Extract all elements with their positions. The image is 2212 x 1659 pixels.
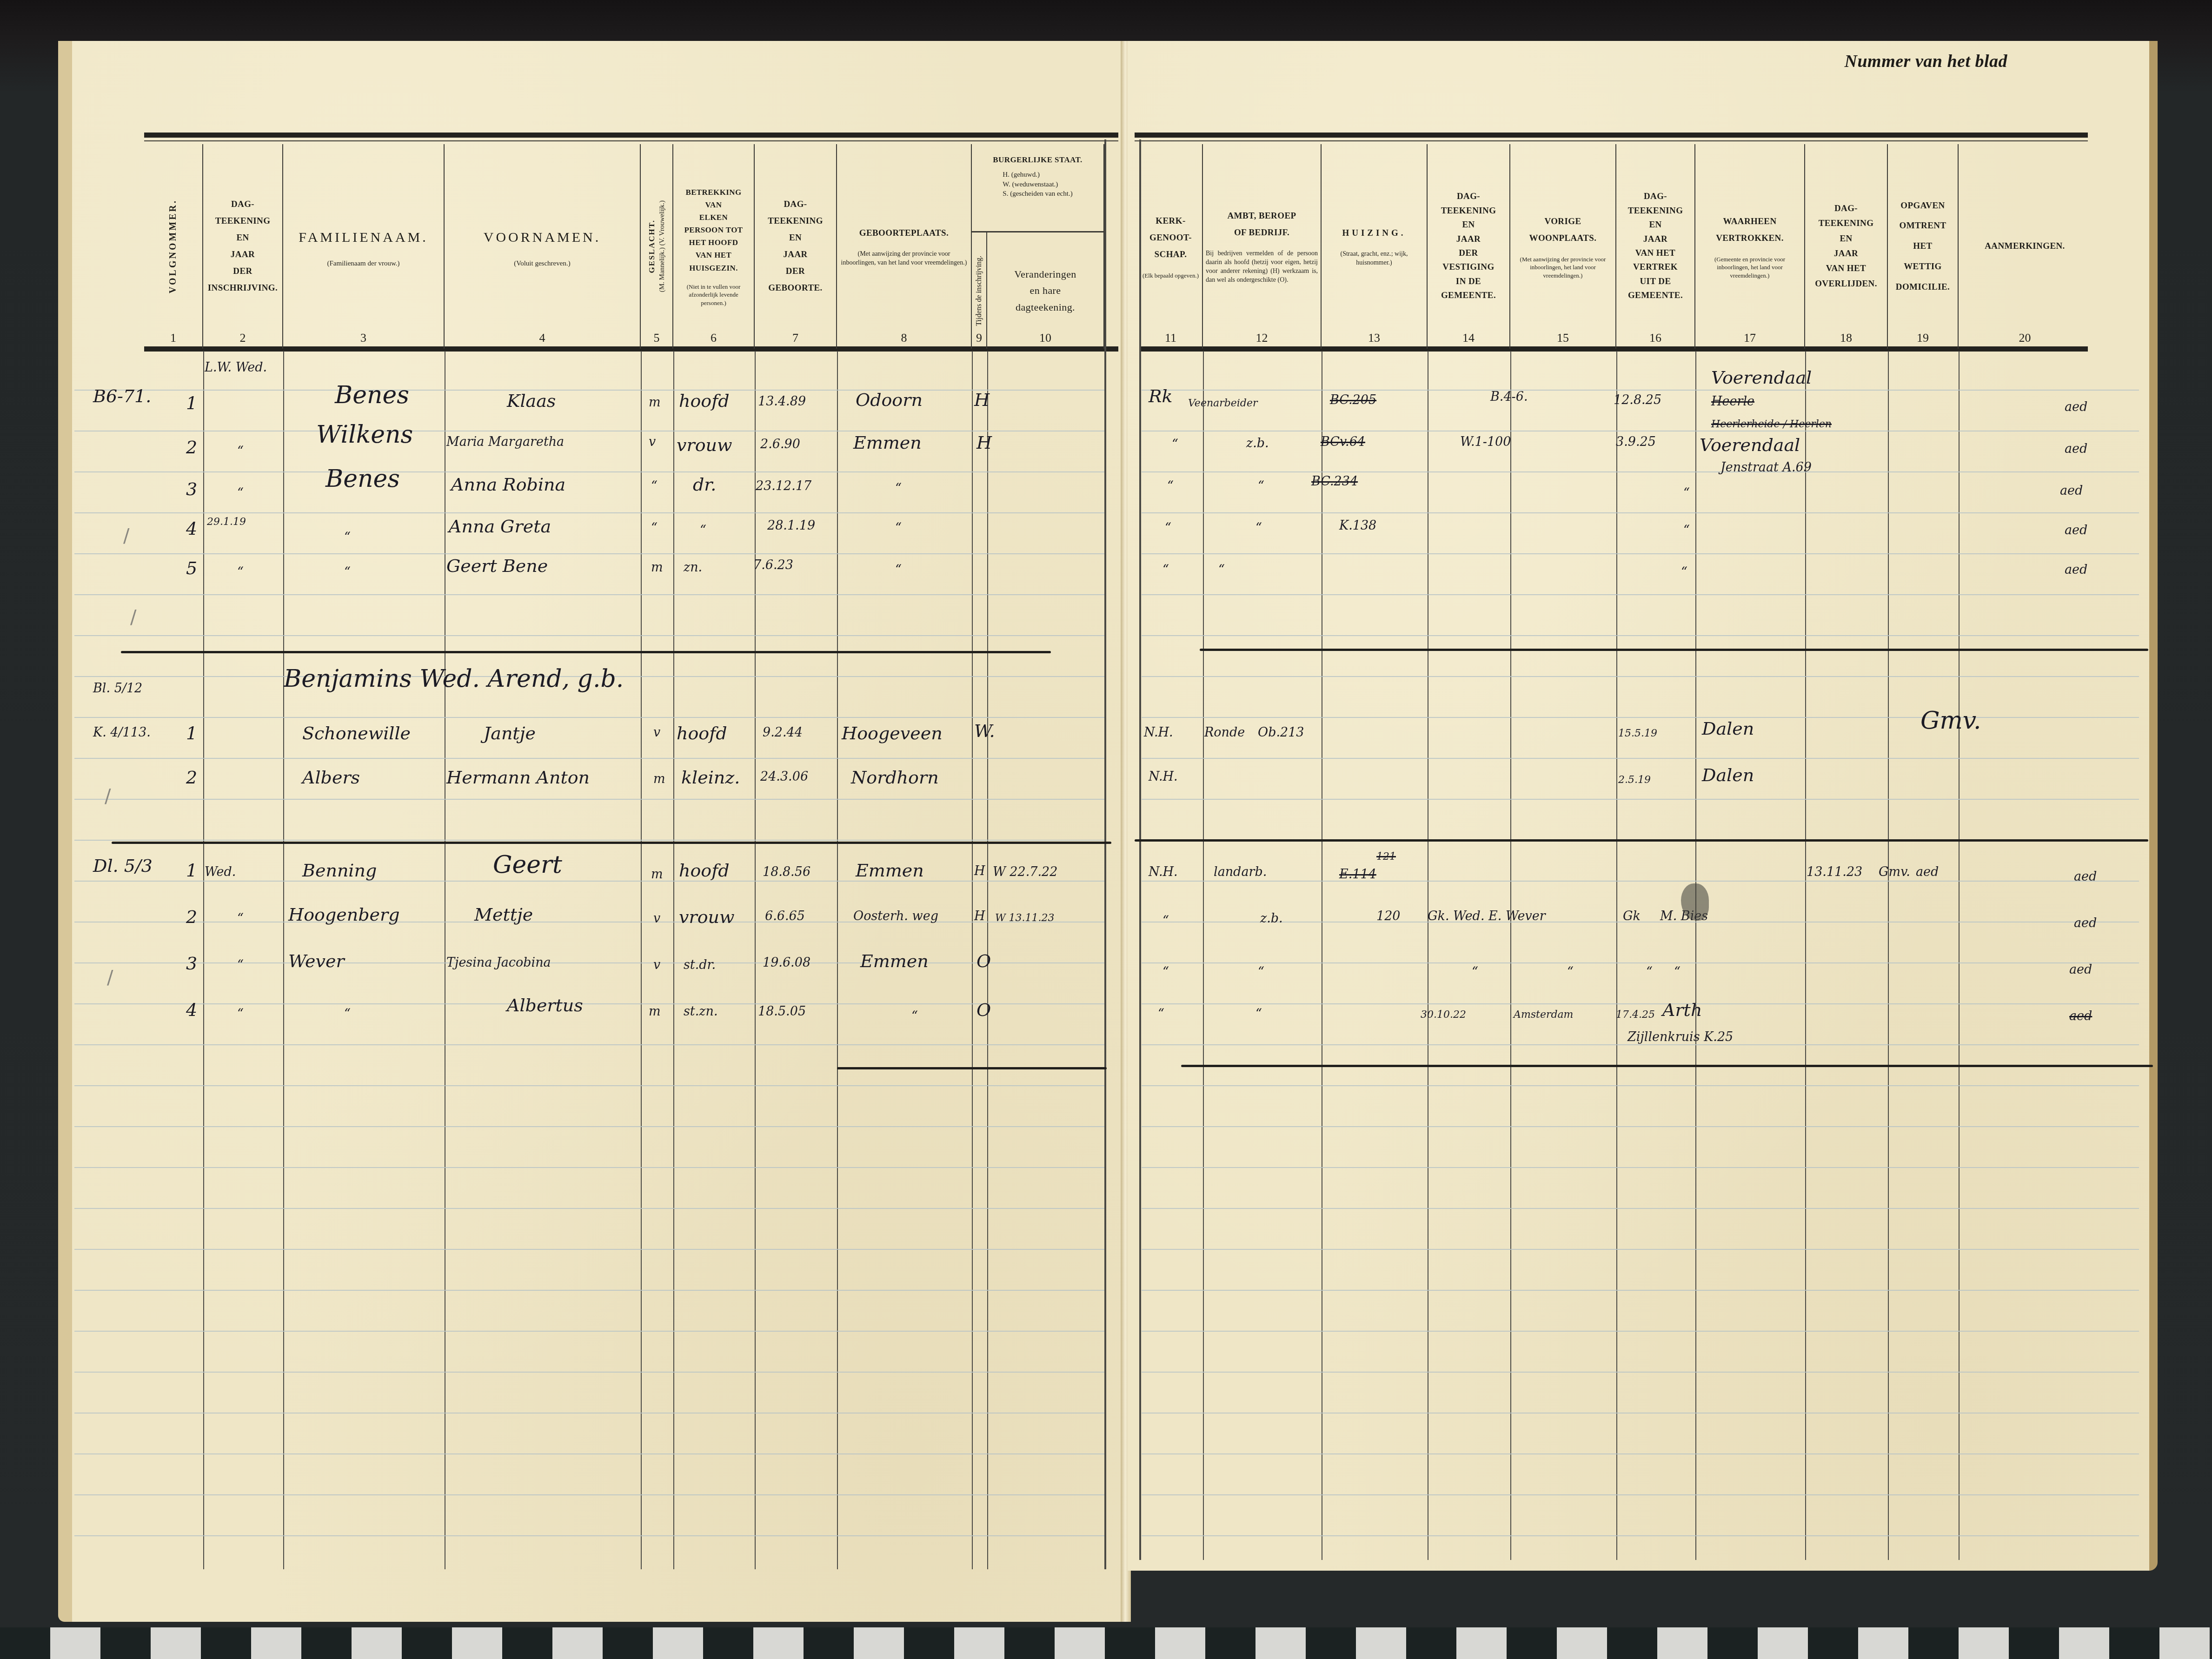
registration-date: Wed. <box>205 865 236 879</box>
remarks: aed <box>2065 400 2087 414</box>
destination: “ <box>1683 523 1690 538</box>
sex: v <box>653 911 660 926</box>
ruled-line <box>1142 1494 2139 1495</box>
given-names: Hermann Anton <box>446 767 590 788</box>
column-title: VOORNAMEN. <box>484 224 601 251</box>
ruled-line <box>1142 799 2139 800</box>
civil-status-title: BURGERLIJKE STAAT. <box>993 153 1082 167</box>
column-number: 3 <box>283 331 444 345</box>
destination: Arth <box>1662 1000 1702 1020</box>
birthplace: Hoogeveen <box>842 723 943 743</box>
settlement-date: B.4-6. <box>1490 390 1528 404</box>
ruled-line <box>74 1453 1104 1454</box>
column-header-1: VOLGNOMMER. 1 <box>144 144 203 349</box>
column-number: 5 <box>641 331 672 345</box>
civil-status: H <box>974 864 985 878</box>
scale-bar-square <box>502 1627 552 1659</box>
scale-bar-square <box>2059 1627 2109 1659</box>
column-header-13: HUIZING. (Straat, gracht, enz.; wijk, hu… <box>1322 144 1428 349</box>
given-names: Mettje <box>474 904 533 925</box>
column-title: DAG- TEEKENING EN JAAR DER GEBOORTE. <box>768 196 823 297</box>
column-number: 12 <box>1203 331 1321 345</box>
domicile-note: Gmv. <box>1879 865 1910 879</box>
column-subtitle: (Gemeente en provincie voor inboorlingen… <box>1695 255 1804 280</box>
religion: “ <box>1158 1007 1164 1021</box>
given-names: Maria Margaretha <box>446 435 564 449</box>
remarks: aed <box>2065 442 2087 456</box>
birthplace: Emmen <box>860 951 929 971</box>
ruled-line <box>74 1003 1104 1004</box>
scale-bar-square <box>50 1627 100 1659</box>
scale-bar-square <box>854 1627 904 1659</box>
scale-bar-square <box>1356 1627 1406 1659</box>
surname: Wever <box>288 951 345 971</box>
entry-number: 2 <box>186 437 197 458</box>
sheet-number-label: Nummer van het blad <box>1845 51 2007 72</box>
entry-number: 1 <box>186 723 197 743</box>
birth-date: 13.4.89 <box>758 394 806 409</box>
scale-bar-square <box>1657 1627 1707 1659</box>
header-top-rule-right <box>1135 133 2088 138</box>
religion: N.H. <box>1149 770 1178 784</box>
birthplace: “ <box>895 481 902 496</box>
household-reference: B6-71. <box>93 386 151 406</box>
destination: Dalen <box>1702 718 1754 739</box>
registration-date: “ <box>237 444 244 458</box>
address-alt: 121 <box>1376 851 1396 863</box>
death-date: 13.11.23 <box>1807 865 1862 879</box>
registration-date: L.W. Wed. <box>205 360 267 375</box>
column-header-6: BETREKKING VAN ELKEN PERSOON TOT HET HOO… <box>673 144 755 349</box>
destination: “ <box>1681 565 1687 579</box>
relation-to-head: st.dr. <box>684 958 716 972</box>
column-subtitle: (Met aanwijzing der provincie voor inboo… <box>837 250 971 268</box>
scale-bar-square <box>1858 1627 1908 1659</box>
scale-bar-square <box>603 1627 653 1659</box>
birth-date: 7.6.23 <box>753 558 793 572</box>
destination-struck: Heerle <box>1711 394 1754 409</box>
scale-bar-square <box>1406 1627 1456 1659</box>
column-number: 14 <box>1428 331 1509 345</box>
household-reference: Bl. 5/12 <box>93 681 142 696</box>
ruled-line <box>1142 431 2139 431</box>
birthplace: “ <box>895 521 902 535</box>
scale-bar-square <box>1758 1627 1808 1659</box>
column-rule <box>1510 351 1511 1560</box>
civil-status: W. <box>974 721 995 741</box>
civil-status: O <box>976 1000 991 1020</box>
given-names: Geert Bene <box>446 556 548 576</box>
sex: v <box>649 435 656 449</box>
sex: v <box>653 725 660 740</box>
column-rule <box>1888 351 1889 1560</box>
scale-bar-square <box>352 1627 402 1659</box>
surname: Schonewille <box>302 723 411 743</box>
sex-legend: (M. Mannelijk.) (V. Vrouwelijk.) <box>658 200 666 292</box>
column-title: DAG- TEEKENING EN JAAR VAN HET VERTREK U… <box>1628 190 1683 303</box>
birth-date: 9.2.44 <box>763 725 803 740</box>
ruled-line <box>1142 1044 2139 1045</box>
ruled-line <box>1142 1003 2139 1004</box>
destination: Voerendaal <box>1711 367 1812 388</box>
scale-bar-square <box>1456 1627 1507 1659</box>
religion: Rk <box>1149 386 1173 406</box>
scale-bar-square <box>1959 1627 2009 1659</box>
column-title: Veranderingen en hare dagteekening. <box>1014 266 1076 315</box>
sex: “ <box>651 521 658 535</box>
civil-status: H <box>976 432 992 453</box>
settlement-date: 30.10.22 <box>1421 1009 1466 1021</box>
given-names: Anna Robina <box>451 474 565 495</box>
column-header-12: AMBT, BEROEP OF BEDRIJF. Bij bedrijven v… <box>1203 144 1322 349</box>
scale-bar-square <box>904 1627 954 1659</box>
scale-bar-square <box>1004 1627 1055 1659</box>
column-rule <box>1203 351 1204 1560</box>
relation-to-head: dr. <box>693 474 716 495</box>
religion: “ <box>1162 965 1169 979</box>
scale-bar-square <box>301 1627 352 1659</box>
birthplace: Emmen <box>853 432 922 453</box>
column-number: 10 <box>987 331 1103 345</box>
scale-bar-square <box>100 1627 151 1659</box>
column-header-8: GEBOORTEPLAATS. (Met aanwijzing der prov… <box>837 144 972 349</box>
scale-bar-square <box>1205 1627 1255 1659</box>
sex: v <box>653 958 660 972</box>
scale-bar-square <box>753 1627 804 1659</box>
scale-bar-square <box>2159 1627 2210 1659</box>
column-rule <box>673 351 674 1569</box>
column-header-3: FAMILIENAAM. (Familienaam der vrouw.) 3 <box>283 144 445 349</box>
entry-number: 5 <box>186 558 197 578</box>
civil-status-group-header: BURGERLIJKE STAAT. H. (gehuwd.) W. (wedu… <box>972 144 1104 232</box>
destination: Dalen <box>1702 765 1754 785</box>
column-title: AMBT, BEROEP OF BEDRIJF. <box>1227 208 1296 241</box>
column-header-14: DAG- TEEKENING EN JAAR DER VESTIGING IN … <box>1428 144 1510 349</box>
occupation: z.b. <box>1260 911 1283 926</box>
column-header-11: KERK- GENOOT- SCHAP. (Elk bepaald opgeve… <box>1139 144 1203 349</box>
given-names: Anna Greta <box>449 516 551 537</box>
previous-residence: “ <box>1567 965 1574 979</box>
scale-bar-square <box>201 1627 251 1659</box>
remarks: aed <box>2074 916 2097 930</box>
destination: Voerendaal <box>1700 435 1800 455</box>
address: BCv.64 <box>1321 435 1365 449</box>
birth-date: 23.12.17 <box>756 479 811 493</box>
column-number: 11 <box>1139 331 1202 345</box>
ruled-line <box>1142 1249 2139 1250</box>
destination: “ <box>1674 965 1681 979</box>
column-title: OPGAVEN OMTRENT HET WETTIG DOMICILIE. <box>1896 196 1950 297</box>
relation-to-head: vrouw <box>679 907 735 927</box>
scale-bar-square <box>1055 1627 1105 1659</box>
ruled-line <box>1142 1290 2139 1291</box>
registration-date: “ <box>237 565 244 579</box>
ruled-line <box>74 390 1104 391</box>
household-heading: Benjamins Wed. Arend, g.b. <box>284 665 624 693</box>
ruled-line <box>74 1249 1104 1250</box>
address: 120 <box>1376 909 1401 923</box>
header-top-thin-rule-right <box>1135 140 2088 141</box>
ruled-line <box>74 1085 1104 1086</box>
remarks: aed <box>2069 1009 2092 1023</box>
household-separator <box>112 842 1111 844</box>
sex: m <box>649 395 661 410</box>
column-header-17: WAARHEEN VERTROKKEN. (Gemeente en provin… <box>1695 144 1805 349</box>
scale-bar-square <box>804 1627 854 1659</box>
scale-bar-square <box>1908 1627 1959 1659</box>
religion: “ <box>1162 914 1169 928</box>
ruled-line <box>74 799 1104 800</box>
scale-bar-square <box>1707 1627 1758 1659</box>
scale-bar-square <box>653 1627 703 1659</box>
departure-date: 2.5.19 <box>1618 774 1651 786</box>
ruled-line <box>74 1208 1104 1209</box>
birth-date: 6.6.65 <box>765 909 805 923</box>
scale-bar-square <box>954 1627 1004 1659</box>
column-number: 19 <box>1888 331 1958 345</box>
ruled-line <box>74 758 1104 759</box>
previous-residence: Amsterdam <box>1514 1009 1573 1021</box>
column-title: FAMILIENAAM. <box>299 224 428 251</box>
relation-to-head: kleinz. <box>681 767 740 788</box>
column-rule <box>1616 351 1617 1560</box>
column-title: HUIZING. <box>1342 225 1406 242</box>
birth-date: 18.8.56 <box>763 865 810 879</box>
surname: “ <box>344 565 351 579</box>
entry-number: 2 <box>186 767 197 788</box>
scale-bar-square <box>1607 1627 1657 1659</box>
birthplace: “ <box>895 563 902 577</box>
column-title: BETREKKING VAN ELKEN PERSOON TOT HET HOO… <box>684 186 743 274</box>
column-title: AANMERKINGEN. <box>1985 238 2065 255</box>
birth-date: 2.6.90 <box>760 437 800 451</box>
scale-bar-square <box>1507 1627 1557 1659</box>
relation-to-head: vrouw <box>677 435 732 455</box>
ruled-line <box>74 840 1104 841</box>
destination-address: Jenstraat A.69 <box>1720 460 1812 475</box>
column-subtitle: (Niet in te vullen voor afzonderlijk lev… <box>673 283 754 307</box>
ruled-line <box>1142 1208 2139 1209</box>
given-names: Geert <box>493 851 562 879</box>
ruled-line <box>1142 635 2139 636</box>
column-header-16: DAG- TEEKENING EN JAAR VAN HET VERTREK U… <box>1616 144 1695 349</box>
column-number: 8 <box>837 331 971 345</box>
sex: “ <box>651 479 658 493</box>
column-number: 4 <box>445 331 640 345</box>
scale-bar-square <box>1155 1627 1205 1659</box>
column-title: Tijdens de inschrijving. <box>975 256 983 326</box>
ruled-line <box>74 431 1104 431</box>
column-rule <box>641 351 642 1569</box>
column-number: 2 <box>203 331 282 345</box>
ruled-line <box>1142 1535 2139 1536</box>
scale-bar-square <box>151 1627 201 1659</box>
entry-number: 3 <box>186 953 197 974</box>
sex: m <box>651 560 663 575</box>
ruled-line <box>74 1167 1104 1168</box>
ruled-line <box>1142 594 2139 595</box>
previous-residence: Gk <box>1623 909 1641 923</box>
ruled-line <box>74 717 1104 718</box>
household-separator <box>1135 839 2148 842</box>
column-subtitle: (Voluit geschreven.) <box>511 259 573 268</box>
given-names: Albertus <box>507 995 583 1015</box>
ruled-line <box>1142 1167 2139 1168</box>
scale-bar-square <box>552 1627 603 1659</box>
column-number: 16 <box>1616 331 1694 345</box>
relation-to-head: st.zn. <box>684 1004 718 1019</box>
occupation: “ <box>1255 521 1262 535</box>
settlement-place: Gk. Wed. E. Wever <box>1428 909 1546 923</box>
scale-bar-square <box>1557 1627 1607 1659</box>
color-scale-bar <box>0 1627 2212 1659</box>
ruled-line <box>1142 962 2139 963</box>
occupation: “ <box>1258 479 1264 493</box>
column-number: 15 <box>1510 331 1615 345</box>
religion: N.H. <box>1144 725 1173 740</box>
civil-status: O <box>976 951 991 971</box>
entry-number: 3 <box>186 479 197 499</box>
column-rule <box>1805 351 1806 1560</box>
departure-date: 3.9.25 <box>1616 435 1656 449</box>
surname: Albers <box>302 767 360 788</box>
column-number: 20 <box>1959 331 2091 345</box>
column-header-18: DAG- TEEKENING EN JAAR VAN HET OVERLIJDE… <box>1805 144 1888 349</box>
domicile-note: Gmv. <box>1920 707 1981 735</box>
household-separator <box>121 651 1051 653</box>
remarks: aed <box>2060 484 2083 498</box>
settlement-date: “ <box>1472 965 1478 979</box>
civil-status: H <box>974 390 990 410</box>
given-names: Jantje <box>484 723 536 743</box>
occupation: Veenarbeider <box>1188 398 1257 409</box>
relation-to-head: hoofd <box>679 391 730 411</box>
birth-date: 19.6.08 <box>763 956 810 970</box>
birth-date: 28.1.19 <box>767 518 815 533</box>
civil-status-change: W 13.11.23 <box>995 912 1055 924</box>
destination: “ <box>1683 486 1690 500</box>
ruled-line <box>1142 1413 2139 1413</box>
column-title: DAG- TEEKENING EN JAAR DER INSCHRIJVING. <box>208 196 278 297</box>
column-subtitle: Bij bedrijven vermelden of de persoon da… <box>1203 250 1321 285</box>
registration-date: “ <box>237 486 244 500</box>
civil-status-change: W 22.7.22 <box>993 865 1057 879</box>
column-title: GESLACHT. <box>647 219 657 273</box>
column-number: 18 <box>1805 331 1887 345</box>
ruled-line <box>1142 1372 2139 1373</box>
scale-bar-square <box>1255 1627 1306 1659</box>
departure-date: 15.5.19 <box>1618 728 1657 739</box>
address: BC.234 <box>1311 474 1358 489</box>
registration-date: “ <box>237 1007 244 1021</box>
occupation: “ <box>1255 1007 1262 1021</box>
column-rule <box>1959 351 1960 1560</box>
remarks-19: aed <box>1916 865 1939 879</box>
scale-bar-square <box>402 1627 452 1659</box>
surname: Benes <box>325 465 400 493</box>
settlement-date: W.1-100 <box>1460 435 1511 449</box>
remarks: aed <box>2074 869 2097 884</box>
entry-number: 4 <box>186 1000 197 1020</box>
ruled-line <box>74 635 1104 636</box>
column-header-7: DAG- TEEKENING EN JAAR DER GEBOORTE. 7 <box>755 144 837 349</box>
ruled-line <box>74 1494 1104 1495</box>
occupation: Ronde <box>1204 725 1245 740</box>
address: K.138 <box>1339 518 1376 533</box>
entry-number: 1 <box>186 860 197 881</box>
column-title: VORIGE WOONPLAATS. <box>1529 213 1597 247</box>
religion: N.H. <box>1149 865 1178 879</box>
scale-bar-square <box>703 1627 753 1659</box>
surname: “ <box>344 1007 351 1021</box>
ruled-line <box>74 1331 1104 1332</box>
column-header-4: VOORNAMEN. (Voluit geschreven.) 4 <box>445 144 641 349</box>
scale-bar-square <box>452 1627 502 1659</box>
ruled-line <box>1142 1331 2139 1332</box>
ruled-line <box>1142 471 2139 472</box>
remarks: aed <box>2069 962 2092 977</box>
scale-bar-square <box>1105 1627 1155 1659</box>
religion: “ <box>1167 479 1174 493</box>
column-rule <box>203 351 204 1569</box>
column-number: 13 <box>1322 331 1427 345</box>
ruled-line <box>74 1126 1104 1127</box>
ruled-line <box>1142 1453 2139 1454</box>
column-subtitle: (Met aanwijzing der provincie voor inboo… <box>1510 255 1615 280</box>
occupation: “ <box>1258 965 1264 979</box>
ruled-line <box>74 1290 1104 1291</box>
sex: m <box>651 867 663 882</box>
column-title: GEBOORTEPLAATS. <box>859 225 949 242</box>
departure-date: 17.4.25 <box>1616 1009 1655 1021</box>
surname: “ <box>344 530 351 544</box>
column-header-10: Veranderingen en hare dagteekening. 10 <box>987 232 1104 349</box>
ruled-line <box>74 512 1104 513</box>
column-rule <box>972 351 973 1569</box>
ruled-line <box>1142 717 2139 718</box>
ruled-line <box>74 962 1104 963</box>
household-separator <box>837 1067 1107 1069</box>
ruled-line <box>74 594 1104 595</box>
departure-date: “ <box>1646 965 1653 979</box>
scale-bar-square <box>0 1627 50 1659</box>
ruled-line <box>1142 758 2139 759</box>
birthplace: Emmen <box>856 860 924 881</box>
column-title: DAG- TEEKENING EN JAAR VAN HET OVERLIJDE… <box>1815 201 1877 292</box>
column-title: DAG- TEEKENING EN JAAR DER VESTIGING IN … <box>1441 190 1496 303</box>
pencil-checkmark: / <box>107 967 113 989</box>
religion: “ <box>1165 521 1171 535</box>
civil-status: H <box>974 909 985 923</box>
column-number: 17 <box>1695 331 1804 345</box>
column-subtitle: (Straat, gracht, enz.; wijk, huisnommer.… <box>1322 250 1427 268</box>
column-header-15: VORIGE WOONPLAATS. (Met aanwijzing der p… <box>1510 144 1616 349</box>
header-top-rule-left <box>144 133 1118 138</box>
entry-number: 4 <box>186 518 197 539</box>
surname: Hoogenberg <box>288 904 400 925</box>
birthplace: Nordhorn <box>851 767 939 788</box>
birthplace: Oosterh. weg <box>853 909 938 923</box>
ruled-line <box>74 1413 1104 1413</box>
ruled-line <box>74 922 1104 922</box>
religion: “ <box>1162 563 1169 577</box>
column-number: 7 <box>755 331 836 345</box>
column-title: VOLGNOMMER. <box>168 199 179 293</box>
civil-status-legend: H. (gehuwd.) W. (weduwenstaat.) S. (gesc… <box>1000 170 1075 199</box>
ruled-line <box>1142 881 2139 882</box>
address: Ob.213 <box>1258 725 1304 740</box>
ruled-line <box>74 1535 1104 1536</box>
